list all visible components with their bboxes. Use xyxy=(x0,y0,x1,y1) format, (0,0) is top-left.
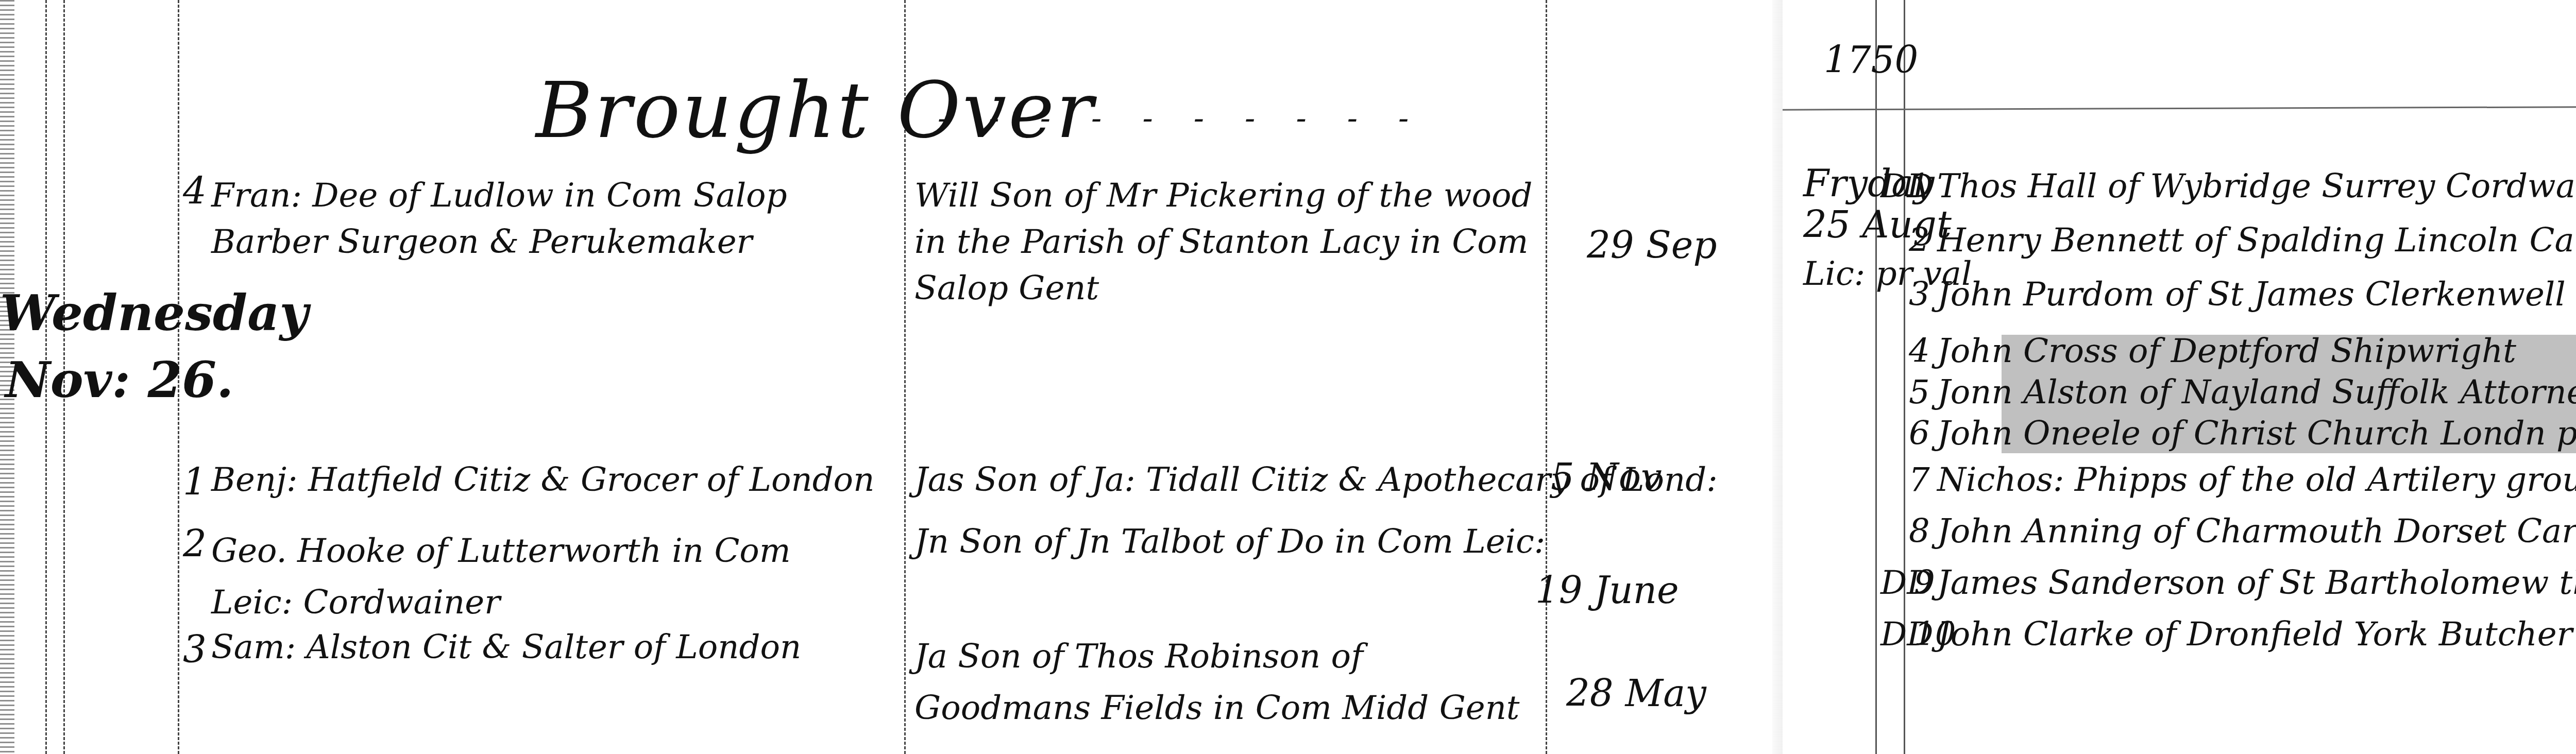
entry-apprentice: Fran: Dee of Ludlow in Com Salop Barber … xyxy=(211,173,896,265)
date-column-rule xyxy=(1546,0,1547,754)
row-master: Thos Hall of Wybridge Surrey Cordwainer xyxy=(1937,170,2576,203)
row-master: John Cross of Deptford Shipwright xyxy=(1937,335,2516,368)
header-rule xyxy=(1783,102,2576,110)
row-number: 9 xyxy=(1914,567,1935,599)
entry-date: 29 Sep xyxy=(1587,227,1717,264)
entry-number: 4 xyxy=(183,173,207,210)
row-number: 4 xyxy=(1909,335,1930,368)
entry-date: 5 Nov xyxy=(1551,458,1662,495)
entry-parent: Ja Son of Thos Robinson of Goodmans Fiel… xyxy=(914,631,1533,734)
row-number: 6 xyxy=(1909,417,1930,450)
day-label-weekday: Wednesday xyxy=(0,288,308,338)
right-register-page: 1750 Fryday 25 Augt Lic: pr val DD 1 Tho… xyxy=(1783,0,2576,754)
entry-date: 19 June xyxy=(1535,572,1679,609)
row-master: John Purdom of St James Clerkenwell Cabt… xyxy=(1937,278,2576,311)
row-master: Jonn Alston of Nayland Suffolk Attorney xyxy=(1937,376,2576,409)
row-number: 8 xyxy=(1909,515,1930,548)
row-number: 3 xyxy=(1909,278,1930,311)
register-year: 1750 xyxy=(1824,41,1918,78)
row-master: John Oneele of Christ Church Londn peruk… xyxy=(1937,417,2576,450)
entry-parent: Jn Son of Jn Talbot of Do in Com Leic: xyxy=(914,525,1545,558)
row-master: John Anning of Charmouth Dorset Carpente… xyxy=(1937,515,2576,548)
row-number: 5 xyxy=(1909,376,1930,409)
day-label-date: Nov: 26. xyxy=(5,355,233,405)
entry-number: 3 xyxy=(183,631,207,668)
row-master: John Clarke of Dronfield York Butcher xyxy=(1937,618,2572,651)
row-master: James Sanderson of St Bartholomew the gr… xyxy=(1937,567,2576,599)
row-number: 7 xyxy=(1909,464,1930,496)
date-column-rule xyxy=(1875,0,1877,754)
row-number: 2 xyxy=(1909,224,1930,257)
entry-apprentice: Benj: Hatfield Citiz & Grocer of London xyxy=(211,464,874,496)
entry-apprentice: Sam: Alston Cit & Salter of London xyxy=(211,631,801,664)
entry-number: 1 xyxy=(183,464,207,501)
row-master: Nichos: Phipps of the old Artilery groun… xyxy=(1937,464,2576,496)
entry-date: 28 May xyxy=(1566,675,1706,712)
entry-apprentice: Geo. Hooke of Lutterworth in Com Leic: C… xyxy=(211,525,881,628)
heading-leader: - - - - - - - - - - xyxy=(938,103,1424,134)
left-register-page: Brought Over - - - - - - - - - - Wednesd… xyxy=(0,0,1783,754)
row-master: Henry Bennett of Spalding Lincoln Carpen… xyxy=(1937,224,2576,257)
entry-parent: Will Son of Mr Pickering of the wood in … xyxy=(914,173,1533,312)
entry-number: 2 xyxy=(183,525,207,562)
row-number: 1 xyxy=(1909,170,1930,203)
